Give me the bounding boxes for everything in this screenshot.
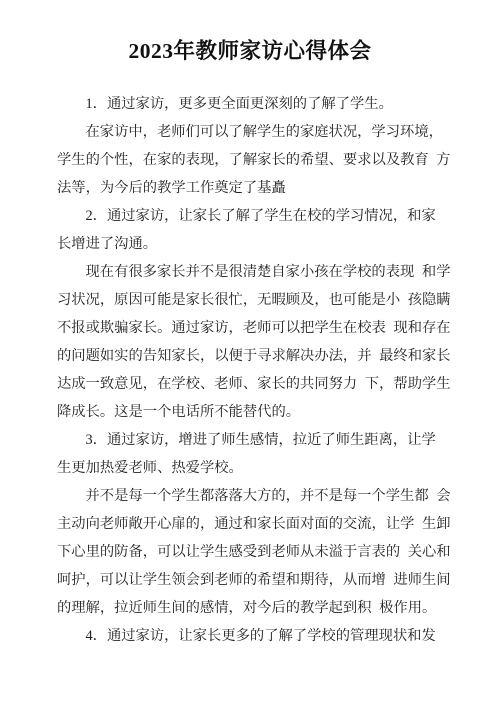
text-line: 并不是每一个学生都落落大方的，并不是每一个学生都 会 bbox=[57, 482, 480, 510]
text-line: 学生的个性，在家的表现，了解家长的希望、要求以及教育 方 bbox=[57, 146, 480, 174]
text-line: 呵护，可以让学生领会到老师的希望和期待，从而增 进师生间 bbox=[57, 566, 480, 594]
text-line: 法等，为今后的教学工作奠定了基矗 bbox=[57, 174, 480, 202]
text-line: 的问题如实的告知家长，以便于寻求解决办法，并 最终和家长 bbox=[57, 342, 480, 370]
text-line: 1．通过家访，更多更全面更深刻的了解了学生。 bbox=[57, 90, 480, 118]
text-line: 的理解，拉近师生间的感情，对今后的教学起到积 极作用。 bbox=[57, 594, 480, 622]
text-line: 习状况，原因可能是家长很忙，无暇顾及，也可能是小 孩隐瞒 bbox=[57, 286, 480, 314]
text-line: 2．通过家访，让家长了解了学生在校的学习情况，和家 bbox=[57, 202, 480, 230]
text-line: 生更加热爱老师、热爱学校。 bbox=[57, 454, 480, 482]
text-line: 降成长。这是一个电话所不能替代的。 bbox=[57, 398, 480, 426]
document-title: 2023年教师家访心得体会 bbox=[0, 36, 500, 66]
document-page: 2023年教师家访心得体会 1．通过家访，更多更全面更深刻的了解了学生。在家访中… bbox=[0, 0, 500, 706]
text-line: 达成一致意见，在学校、老师、家长的共同努力 下，帮助学生 bbox=[57, 370, 480, 398]
text-line: 不报或欺骗家长。通过家访，老师可以把学生在校表 现和存在 bbox=[57, 314, 480, 342]
text-line: 主动向老师敞开心扉的，通过和家长面对面的交流，让学 生卸 bbox=[57, 510, 480, 538]
text-line: 下心里的防备，可以让学生感受到老师从未溢于言表的 关心和 bbox=[57, 538, 480, 566]
text-line: 在家访中，老师们可以了解学生的家庭状况，学习环境， bbox=[57, 118, 480, 146]
text-line: 3．通过家访，增进了师生感情，拉近了师生距离，让学 bbox=[57, 426, 480, 454]
text-line: 长增进了沟通。 bbox=[57, 230, 480, 258]
document-body: 1．通过家访，更多更全面更深刻的了解了学生。在家访中，老师们可以了解学生的家庭状… bbox=[0, 90, 500, 650]
text-line: 现在有很多家长并不是很清楚自家小孩在学校的表现 和学 bbox=[57, 258, 480, 286]
text-line: 4．通过家访，让家长更多的了解了学校的管理现状和发 bbox=[57, 622, 480, 650]
